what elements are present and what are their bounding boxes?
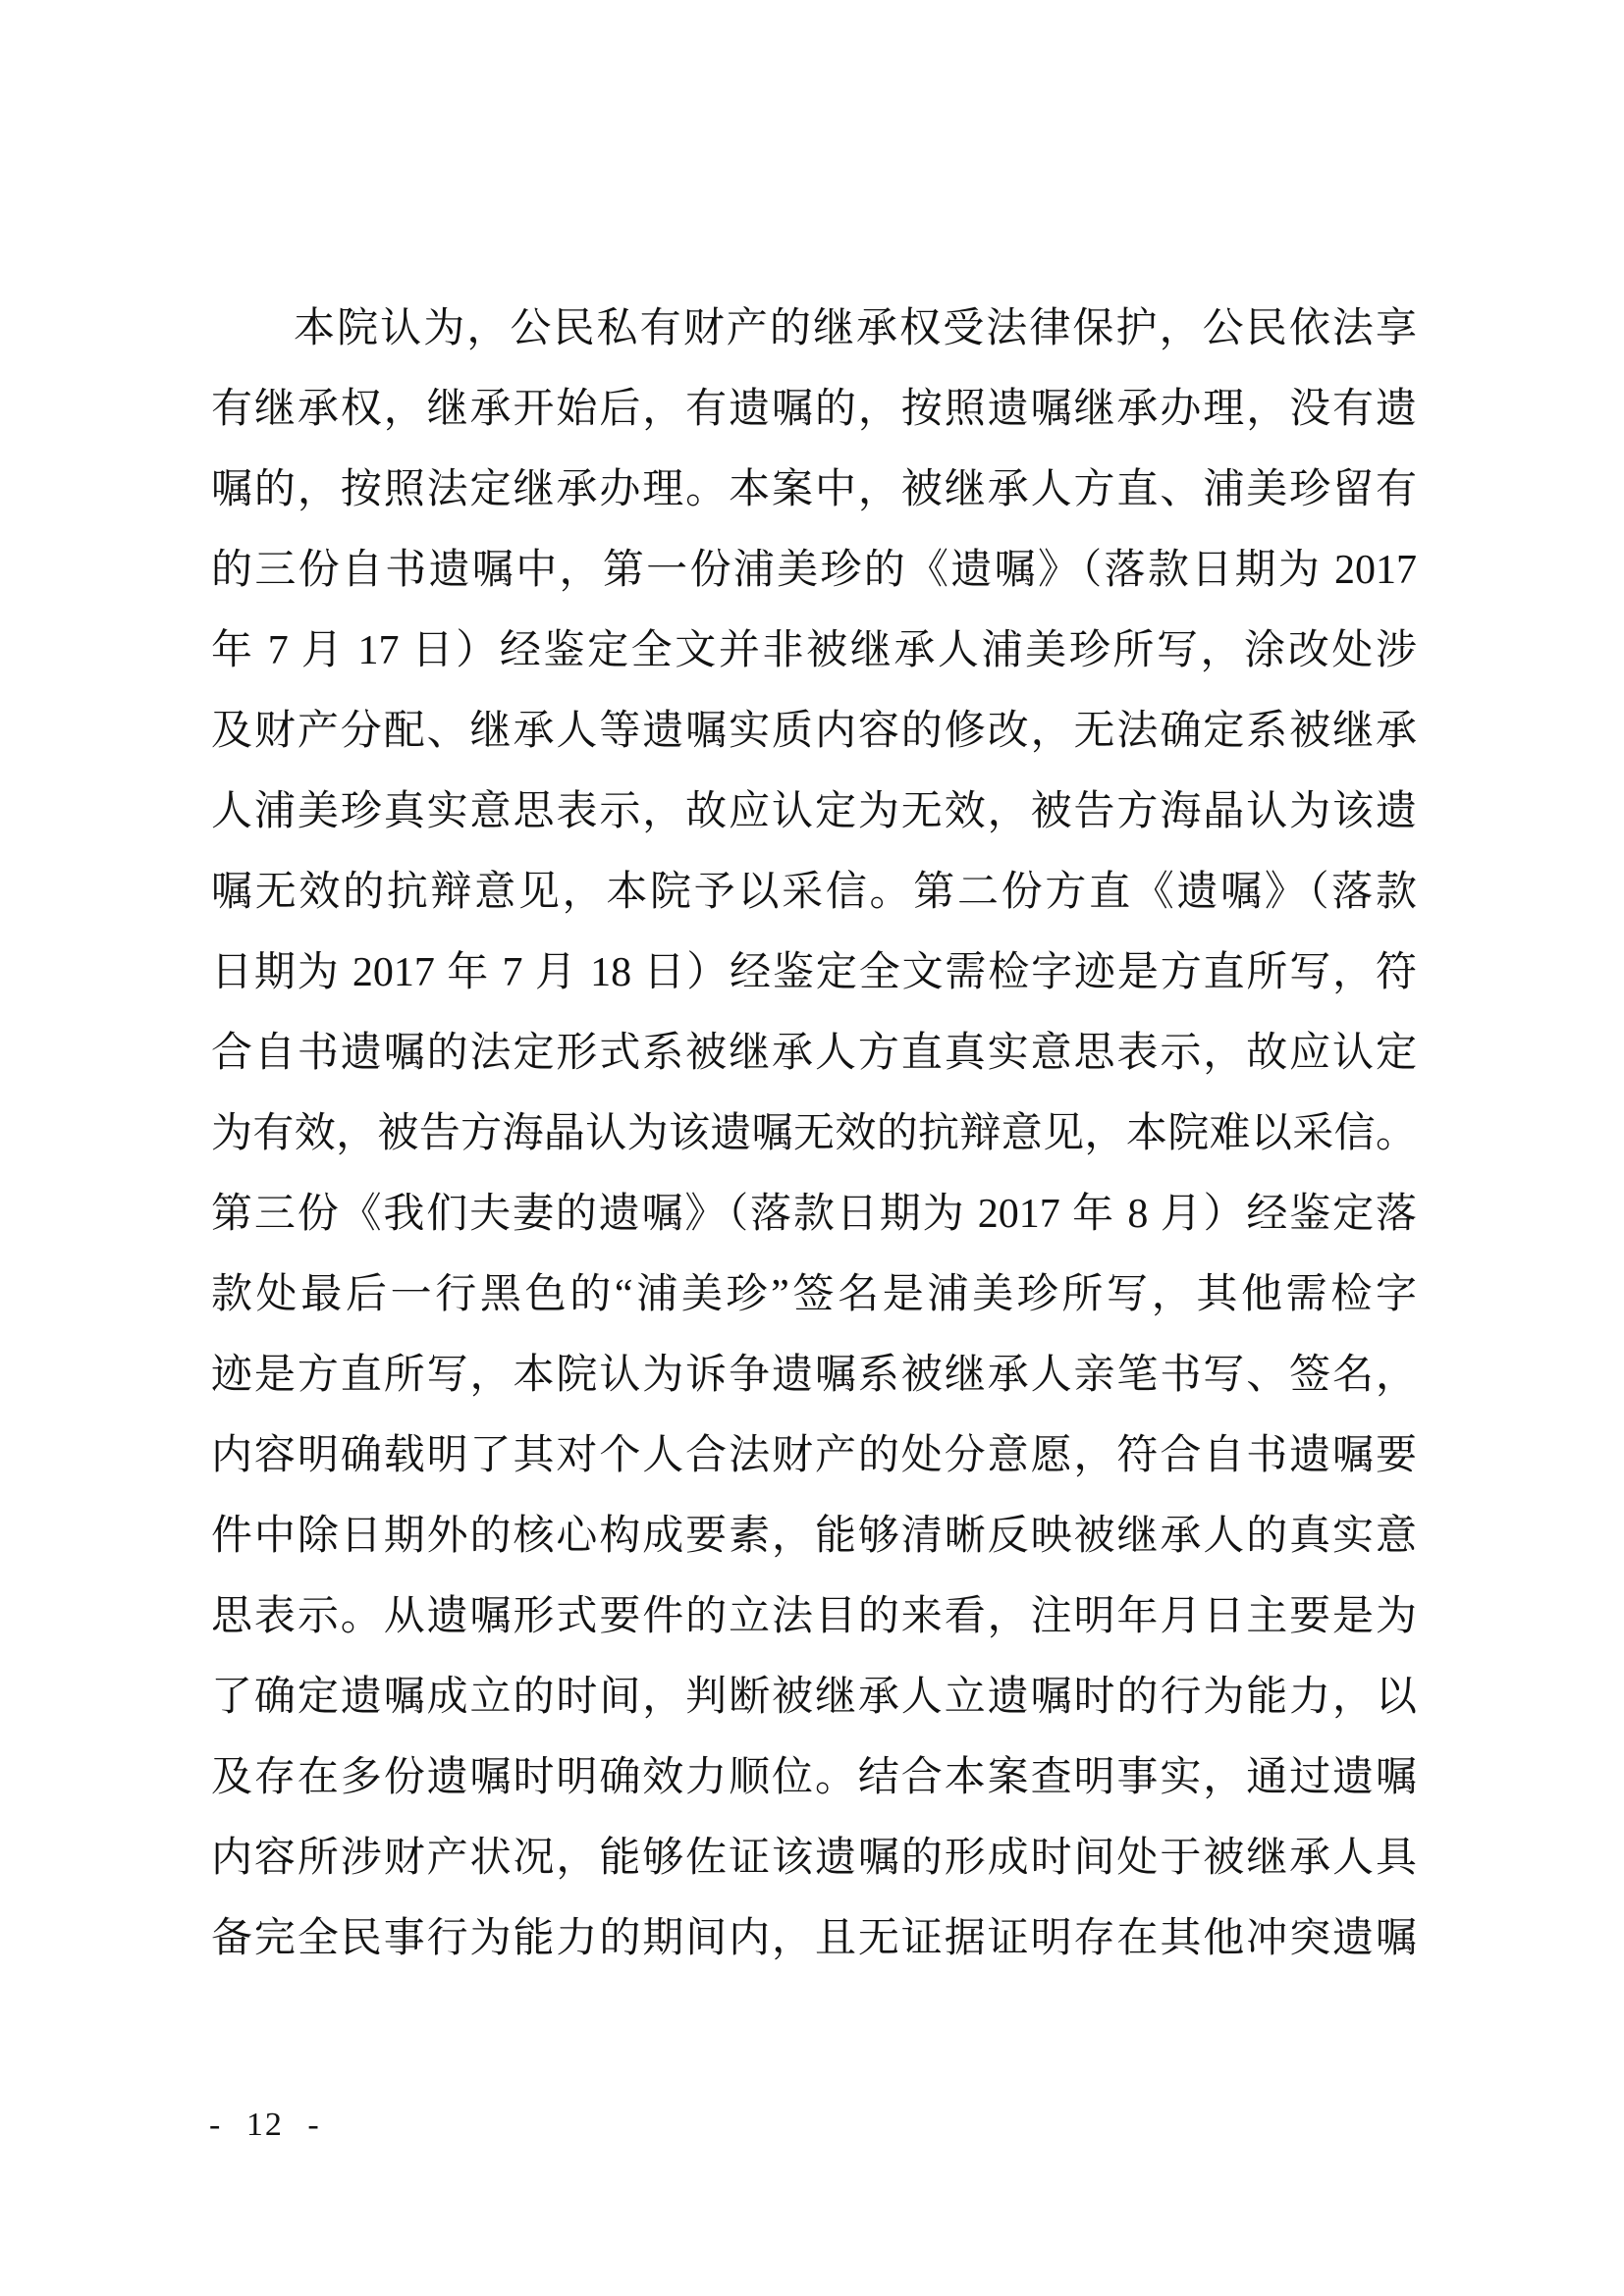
text-line: 为有效，被告方海晶认为该遗嘱无效的抗辩意见，本院难以采信。 — [211, 1094, 1417, 1174]
text-line: 及财产分配、继承人等遗嘱实质内容的修改，无法确定系被继承 — [211, 691, 1417, 772]
text-line: 本院认为，公民私有财产的继承权受法律保护，公民依法享 — [211, 289, 1417, 369]
text-line: 款处最后一行黑色的“浦美珍”签名是浦美珍所写，其他需检字 — [211, 1255, 1417, 1335]
text-line: 件中除日期外的核心构成要素，能够清晰反映被继承人的真实意 — [211, 1496, 1417, 1576]
text-line: 思表示。从遗嘱形式要件的立法目的来看，注明年月日主要是为 — [211, 1576, 1417, 1657]
text-line: 第三份《我们夫妻的遗嘱》（落款日期为 2017 年 8 月）经鉴定落 — [211, 1174, 1417, 1255]
text-line: 迹是方直所写，本院认为诉争遗嘱系被继承人亲笔书写、签名， — [211, 1335, 1417, 1415]
text-line: 日期为 2017 年 7 月 18 日）经鉴定全文需检字迹是方直所写，符 — [211, 933, 1417, 1013]
page-number: - 12 - — [209, 2101, 321, 2150]
text-line: 人浦美珍真实意思表示，故应认定为无效，被告方海晶认为该遗 — [211, 772, 1417, 852]
body-text: 本院认为，公民私有财产的继承权受法律保护，公民依法享有继承权，继承开始后，有遗嘱… — [211, 289, 1417, 1979]
text-line: 备完全民事行为能力的期间内，且无证据证明存在其他冲突遗嘱 — [211, 1898, 1417, 1979]
text-line: 有继承权，继承开始后，有遗嘱的，按照遗嘱继承办理，没有遗 — [211, 369, 1417, 450]
text-line: 合自书遗嘱的法定形式系被继承人方直真实意思表示，故应认定 — [211, 1013, 1417, 1094]
text-line: 的三份自书遗嘱中，第一份浦美珍的《遗嘱》（落款日期为 2017 — [211, 530, 1417, 611]
text-line: 嘱无效的抗辩意见，本院予以采信。第二份方直《遗嘱》（落款 — [211, 852, 1417, 933]
text-line: 内容明确载明了其对个人合法财产的处分意愿，符合自书遗嘱要 — [211, 1415, 1417, 1496]
document-page: 本院认为，公民私有财产的继承权受法律保护，公民依法享有继承权，继承开始后，有遗嘱… — [0, 0, 1624, 2296]
text-line: 了确定遗嘱成立的时间，判断被继承人立遗嘱时的行为能力，以 — [211, 1657, 1417, 1737]
text-line: 内容所涉财产状况，能够佐证该遗嘱的形成时间处于被继承人具 — [211, 1818, 1417, 1898]
text-line: 及存在多份遗嘱时明确效力顺位。结合本案查明事实，通过遗嘱 — [211, 1737, 1417, 1818]
text-line: 嘱的，按照法定继承办理。本案中，被继承人方直、浦美珍留有 — [211, 450, 1417, 530]
text-line: 年 7 月 17 日）经鉴定全文并非被继承人浦美珍所写，涂改处涉 — [211, 611, 1417, 691]
